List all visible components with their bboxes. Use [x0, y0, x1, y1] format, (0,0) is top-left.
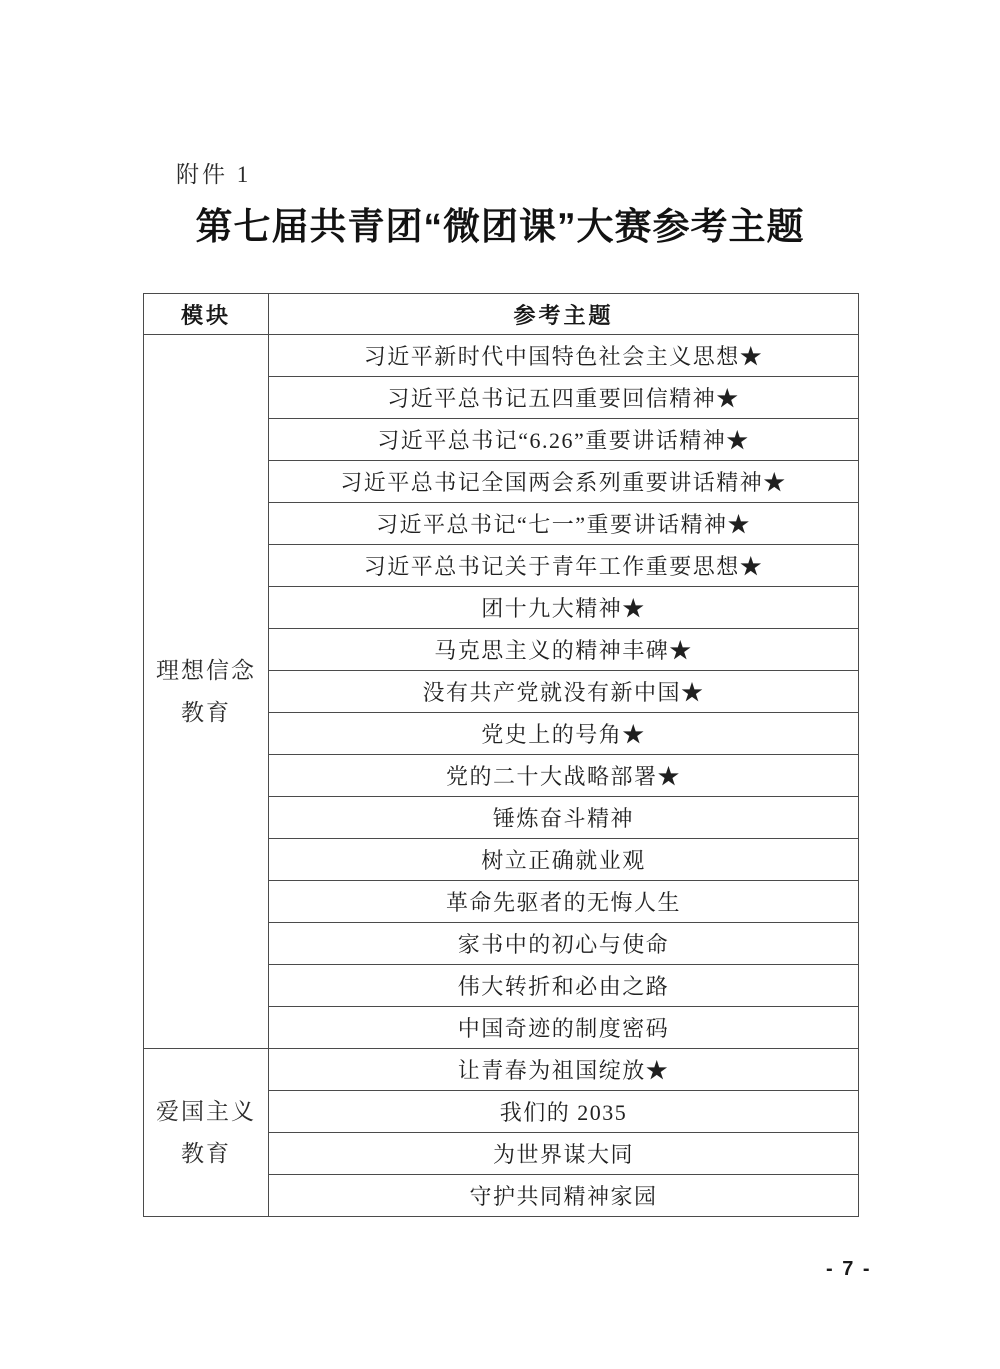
topic-cell: 为世界谋大同	[269, 1133, 859, 1175]
topic-cell: 革命先驱者的无悔人生	[269, 881, 859, 923]
module-cell-ideals: 理想信念 教育	[144, 335, 269, 1049]
topic-cell: 党的二十大战略部署★	[269, 755, 859, 797]
attachment-label: 附件 1	[176, 156, 251, 189]
topic-cell: 党史上的号角★	[269, 713, 859, 755]
topic-cell: 习近平新时代中国特色社会主义思想★	[269, 335, 859, 377]
topic-cell: 习近平总书记“6.26”重要讲话精神★	[269, 419, 859, 461]
column-header-topic: 参考主题	[269, 294, 859, 335]
page-title: 第七届共青团“微团课”大赛参考主题	[0, 196, 1000, 250]
reference-topics-table: 模块 参考主题 理想信念 教育 习近平新时代中国特色社会主义思想★ 习近平总书记…	[143, 293, 859, 1217]
table-row: 理想信念 教育 习近平新时代中国特色社会主义思想★	[144, 335, 859, 377]
topic-cell: 没有共产党就没有新中国★	[269, 671, 859, 713]
module-label-line: 教育	[144, 1133, 268, 1175]
topic-cell: 家书中的初心与使命	[269, 923, 859, 965]
topic-cell: 伟大转折和必由之路	[269, 965, 859, 1007]
topic-cell: 中国奇迹的制度密码	[269, 1007, 859, 1049]
topic-cell: 习近平总书记关于青年工作重要思想★	[269, 545, 859, 587]
reference-topics-table-wrap: 模块 参考主题 理想信念 教育 习近平新时代中国特色社会主义思想★ 习近平总书记…	[143, 293, 859, 1217]
module-label-line: 爱国主义	[144, 1091, 268, 1133]
topic-cell: 锤炼奋斗精神	[269, 797, 859, 839]
document-page: 附件 1 第七届共青团“微团课”大赛参考主题 模块 参考主题 理想信念 教育 习…	[0, 0, 1000, 1369]
topic-cell: 习近平总书记“七一”重要讲话精神★	[269, 503, 859, 545]
table-header-row: 模块 参考主题	[144, 294, 859, 335]
topic-cell: 树立正确就业观	[269, 839, 859, 881]
module-label-line: 教育	[144, 692, 268, 734]
page-number: - 7 -	[826, 1258, 872, 1281]
topic-cell: 习近平总书记五四重要回信精神★	[269, 377, 859, 419]
topic-cell: 习近平总书记全国两会系列重要讲话精神★	[269, 461, 859, 503]
column-header-module: 模块	[144, 294, 269, 335]
topic-cell: 马克思主义的精神丰碑★	[269, 629, 859, 671]
table-row: 爱国主义 教育 让青春为祖国绽放★	[144, 1049, 859, 1091]
topic-cell: 守护共同精神家园	[269, 1175, 859, 1217]
topic-cell: 团十九大精神★	[269, 587, 859, 629]
topic-cell: 让青春为祖国绽放★	[269, 1049, 859, 1091]
module-label-line: 理想信念	[144, 650, 268, 692]
module-cell-patriotism: 爱国主义 教育	[144, 1049, 269, 1217]
topic-cell: 我们的 2035	[269, 1091, 859, 1133]
